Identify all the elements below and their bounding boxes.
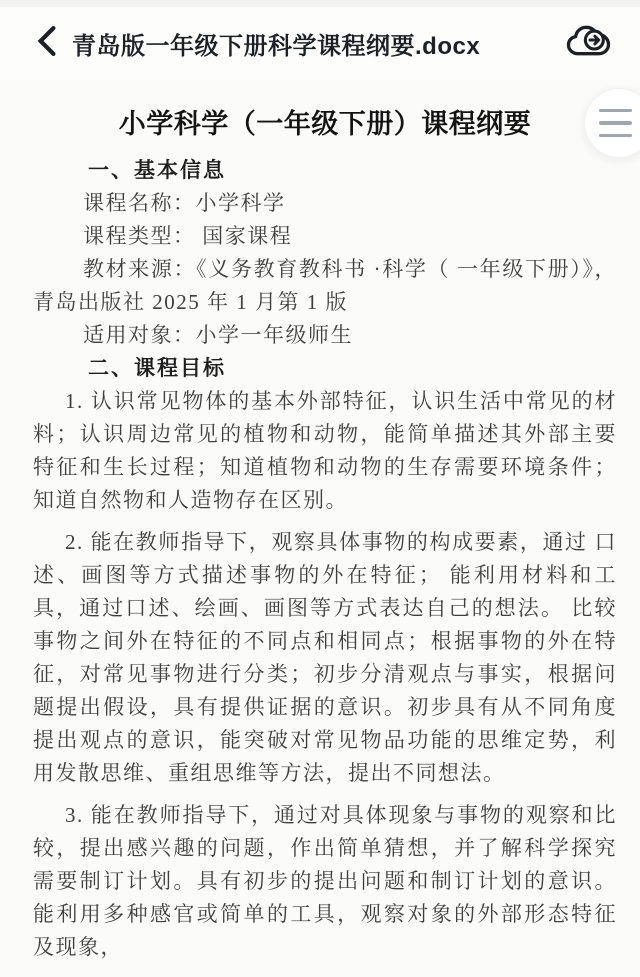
document-page[interactable]: 小学科学（一年级下册）课程纲要 一、基本信息 课程名称：小学科学 课程类型： 国… [0,80,640,977]
goal-paragraph-2: 2. 能在教师指导下，观察具体事物的构成要素，通过 口述、画图等方式描述事物的外… [33,526,617,790]
goal-paragraph-1: 1. 认识常见物体的基本外部特征，认识生活中常见的材料；认识周边常见的植物和动物… [33,385,617,517]
section-heading-basic-info: 一、基本信息 [33,154,617,187]
info-line-course-type: 课程类型： 国家课程 [33,220,617,253]
section-heading-course-goals: 二、课程目标 [33,352,617,385]
document-title: 小学科学（一年级下册）课程纲要 [33,104,617,144]
goal-paragraph-3: 3. 能在教师指导下，通过对具体现象与事物的观察和比较，提出感兴趣的问题，作出简… [33,799,617,964]
document-topbar: 青岛版一年级下册科学课程纲要.docx [0,7,640,80]
document-filename: 青岛版一年级下册科学课程纲要.docx [72,26,564,61]
cloud-arrow-icon [565,21,612,66]
info-line-textbook-source: 教材来源：《义务教育教科书 ·科学（ 一年级下册）》，青岛出版社 2025 年 … [33,253,617,319]
cloud-upload-button[interactable] [564,23,612,65]
chevron-left-icon [36,24,58,63]
info-line-course-name: 课程名称：小学科学 [33,187,617,220]
back-button[interactable] [34,26,60,62]
info-line-target-audience: 适用对象：小学一年级师生 [33,319,617,352]
status-strip [0,0,640,7]
app-screen: 青岛版一年级下册科学课程纲要.docx 小学科学（一年级下册）课程纲要 一、基本… [0,0,640,977]
